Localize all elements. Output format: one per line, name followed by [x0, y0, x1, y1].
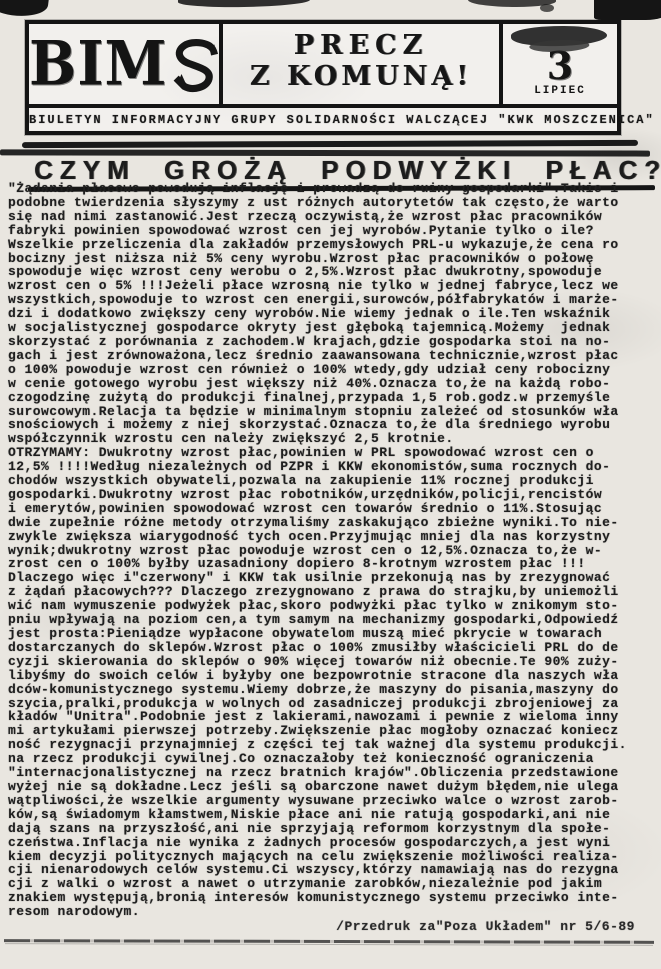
bottom-rule: [4, 939, 654, 944]
masthead-slogan: PRECZ Z KOMUNĄ!: [223, 24, 503, 104]
article-headline: CZYM GROŻĄ PODWYŻKI PŁAC?: [34, 157, 661, 183]
ink-blot: [540, 4, 554, 12]
masthead-banner: BIULETYN INFORMACYJNY GRUPY SOLIDARNOŚCI…: [29, 104, 617, 131]
masthead: BIM PRECZ Z KOMUNĄ! 3 LIPIEC BIULETYN IN…: [25, 20, 621, 135]
horizontal-rule: [22, 140, 638, 148]
ink-smudge: [511, 24, 608, 47]
bulletin-logo-text: BIM: [29, 34, 168, 94]
issue-number: 3: [503, 48, 617, 84]
bulletin-logo: BIM: [29, 24, 223, 104]
ink-blot: [178, 0, 310, 8]
ink-blot: [0, 0, 49, 19]
scanned-page: BIM PRECZ Z KOMUNĄ! 3 LIPIEC BIULETYN IN…: [0, 0, 661, 969]
solidarnosc-anchor-icon: [172, 36, 219, 94]
reprint-attribution: /Przedruk za"Poza Układem" nr 5/6-89: [336, 919, 635, 934]
masthead-top-row: BIM PRECZ Z KOMUNĄ! 3 LIPIEC: [29, 24, 617, 104]
ink-blot: [594, 0, 661, 20]
slogan-line-2: Z KOMUNĄ!: [223, 61, 499, 93]
article-body: "Żądania płacowe powodują inflację i pro…: [8, 182, 655, 919]
slogan-line-1: PRECZ: [223, 31, 499, 61]
issue-box: 3 LIPIEC: [503, 24, 617, 104]
issue-month: LIPIEC: [503, 85, 617, 97]
